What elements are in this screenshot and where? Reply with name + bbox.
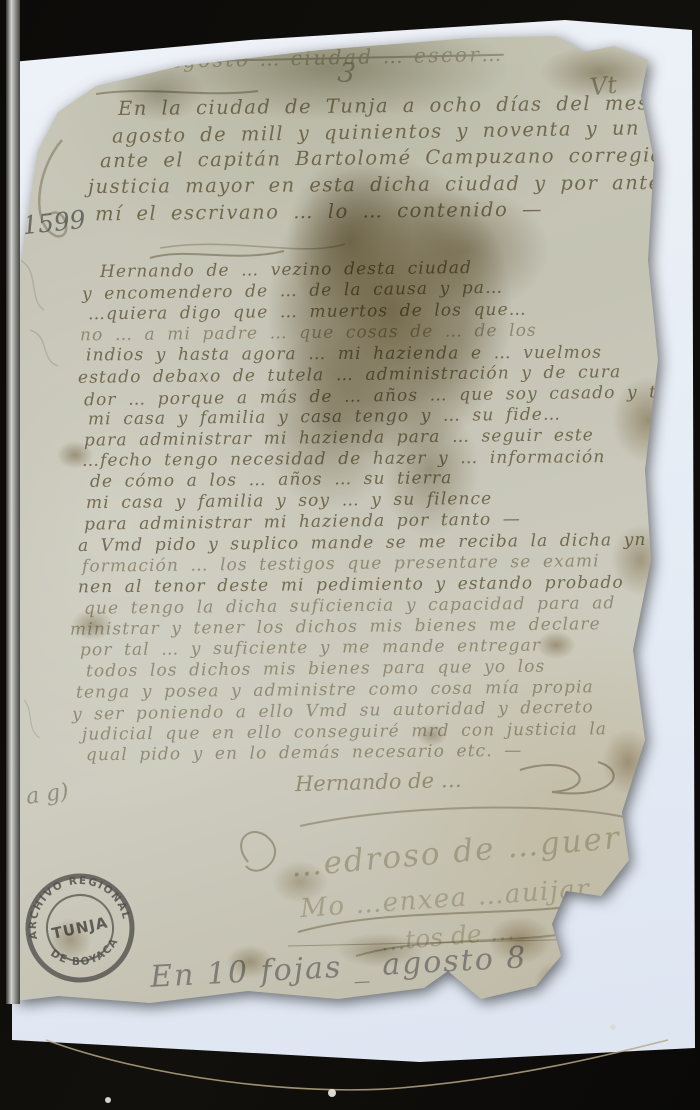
- manuscript-line: para administrar mi hazienda para … segu…: [84, 427, 594, 449]
- manuscript-line: ante el capitán Bartolomé Campuzano corr…: [100, 145, 700, 171]
- manuscript-line: Hernando de … vezino desta ciudad: [100, 260, 472, 281]
- photo-frame: … de Agosto … ciudad … escor… que 3 Vt E…: [0, 0, 700, 1110]
- manuscript-line: mi casa y familia y soy … y su filence: [86, 491, 492, 512]
- signature: Hernando de …: [295, 768, 462, 796]
- manuscript-line: judicial que en ello conseguiré mrd con …: [82, 721, 607, 743]
- manuscript-line: mi casa y familia y casa tengo y … su fi…: [88, 407, 561, 429]
- heading-center-mark: 3: [336, 57, 357, 90]
- manuscript-line: formación … los testigos que presentare …: [82, 553, 600, 575]
- archive-stamp: ARCHIVO REGIONAL DE BOYACA TUNJA: [14, 862, 147, 995]
- manuscript-line: justicia mayor en esta dicha ciudad y po…: [88, 173, 662, 197]
- binding-clamp-strip: [6, 0, 20, 1004]
- heading-left-word: que: [30, 76, 60, 95]
- manuscript-line: …fecho tengo necesidad de hazer y … info…: [82, 449, 606, 470]
- manuscript-line: de cómo a los … años … su tierra: [90, 470, 453, 491]
- manuscript-line: …quiera digo que … muertos de los que…: [88, 302, 527, 324]
- manuscript-line: por tal … y suficiente y me mande entreg…: [80, 638, 541, 660]
- manuscript-line: agosto de mill y quinientos y noventa y …: [112, 117, 700, 146]
- manuscript-line: mí el escrivano … lo … contenido —: [95, 200, 543, 224]
- margin-paraph: a g): [24, 779, 70, 810]
- manuscript-line: En la ciudad de Tunja a ocho días del me…: [118, 93, 690, 118]
- manuscript-line: para administrar mi hazienda por tanto —: [84, 511, 521, 533]
- heading-struck-line: … de Agosto … ciudad … escor…: [96, 42, 504, 75]
- stamp-center-text: TUNJA: [50, 913, 110, 942]
- manuscript-page: … de Agosto … ciudad … escor… que 3 Vt E…: [0, 0, 700, 1110]
- signature: Mo …enxea …auijar: [299, 874, 591, 924]
- manuscript-line: qual pido y en lo demás necesario etc. —: [86, 743, 522, 765]
- manuscript-line: indios y hasta agora … mi hazienda e … v…: [86, 345, 602, 365]
- manuscript-line: todos los dichos mis bienes para que yo …: [86, 659, 546, 681]
- archivist-note: En 10 fojas _ agosto 8: [149, 940, 528, 995]
- manuscript-line: no … a mi padre … que cosas de … de los: [80, 323, 537, 345]
- margin-year-number: 1599: [21, 205, 87, 240]
- manuscript-page-wrap: … de Agosto … ciudad … escor… que 3 Vt E…: [0, 0, 700, 1110]
- signature: …edroso de …guer se: [289, 815, 672, 884]
